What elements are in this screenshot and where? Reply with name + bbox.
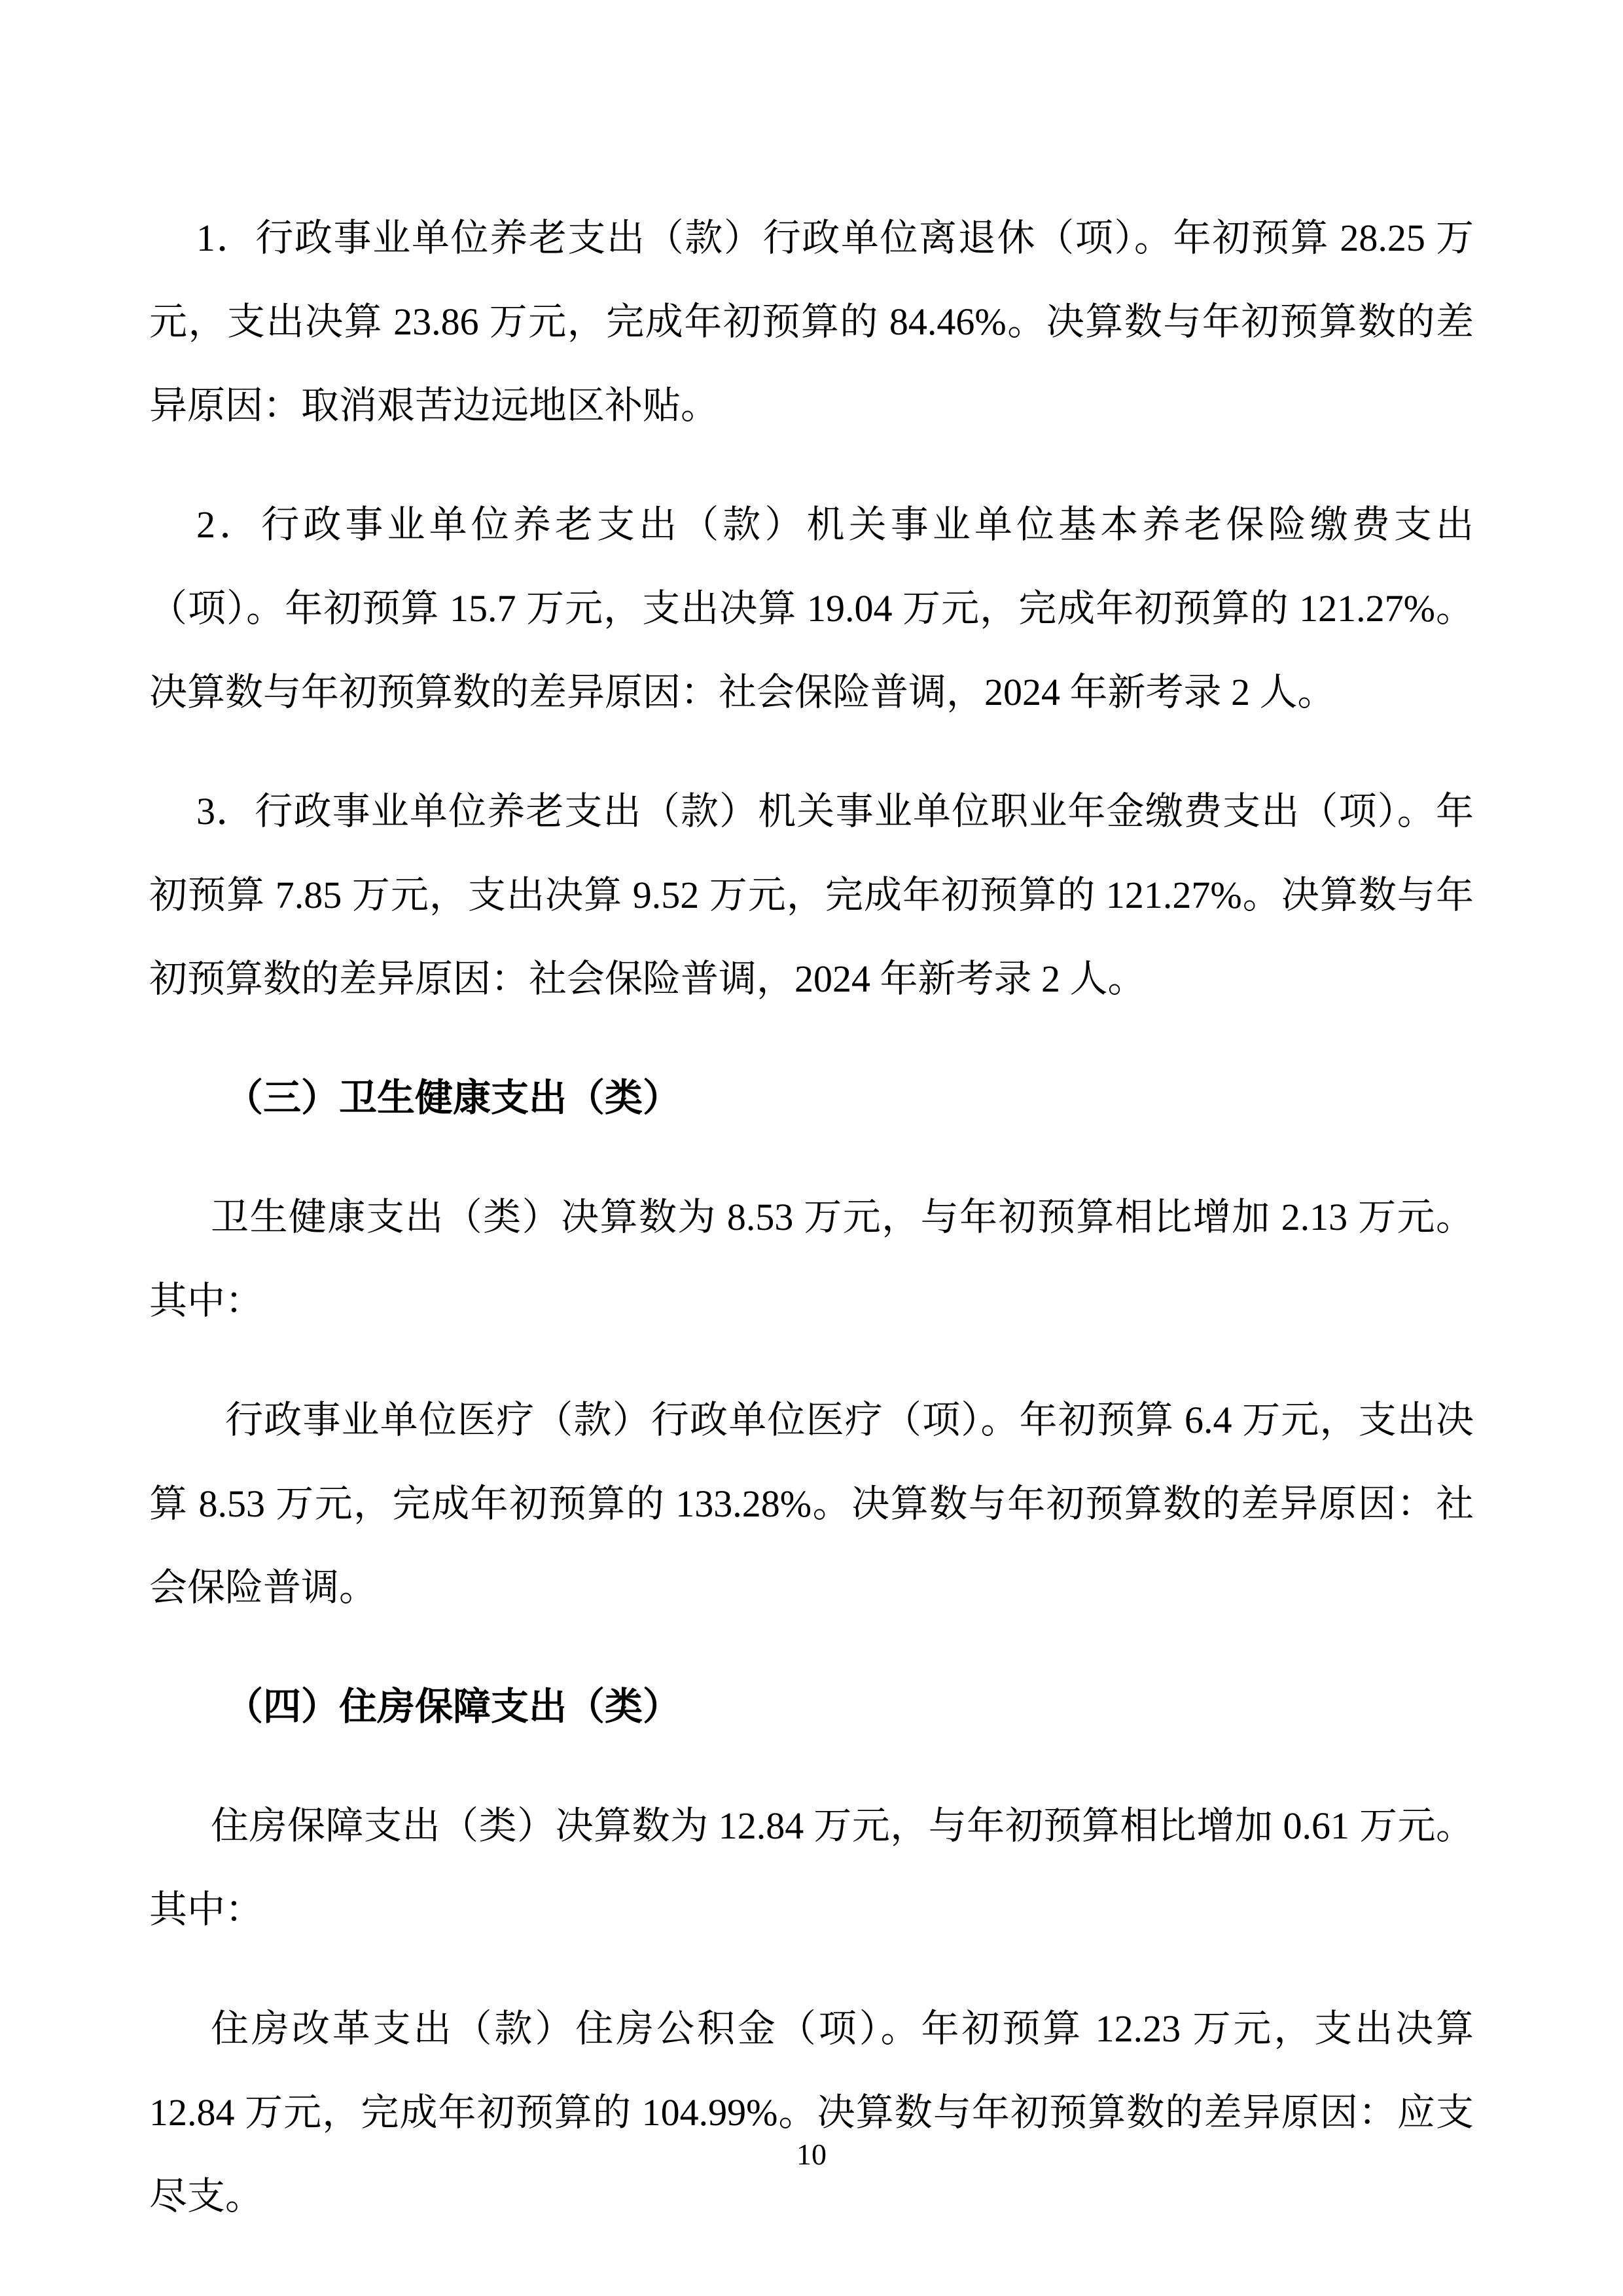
paragraph-pension-annuity: 3．行政事业单位养老支出（款）机关事业单位职业年金缴费支出（项）。年初预算 7.… [149, 770, 1474, 1021]
paragraph-housing-summary: 住房保障支出（类）决算数为 12.84 万元，与年初预算相比增加 0.61 万元… [149, 1784, 1474, 1952]
page-number: 10 [0, 2138, 1623, 2172]
paragraph-pension-retirees: 1．行政事业单位养老支出（款）行政单位离退休（项）。年初预算 28.25 万元，… [149, 196, 1474, 448]
heading-health-expenditure: （三）卫生健康支出（类） [149, 1056, 1474, 1140]
paragraph-housing-fund: 住房改革支出（款）住房公积金（项）。年初预算 12.23 万元，支出决算 12.… [149, 1987, 1474, 2238]
document-page: { "document": { "blocks": [ { "style": "… [0, 0, 1623, 2296]
paragraph-health-summary: 卫生健康支出（类）决算数为 8.53 万元，与年初预算相比增加 2.13 万元。… [149, 1175, 1474, 1343]
heading-housing-expenditure: （四）住房保障支出（类） [149, 1665, 1474, 1749]
paragraph-health-medical: 行政事业单位医疗（款）行政单位医疗（项）。年初预算 6.4 万元，支出决算 8.… [149, 1378, 1474, 1630]
paragraph-pension-basic-insurance: 2．行政事业单位养老支出（款）机关事业单位基本养老保险缴费支出（项）。年初预算 … [149, 483, 1474, 734]
page-body: 1．行政事业单位养老支出（款）行政单位离退休（项）。年初预算 28.25 万元，… [149, 196, 1474, 2238]
